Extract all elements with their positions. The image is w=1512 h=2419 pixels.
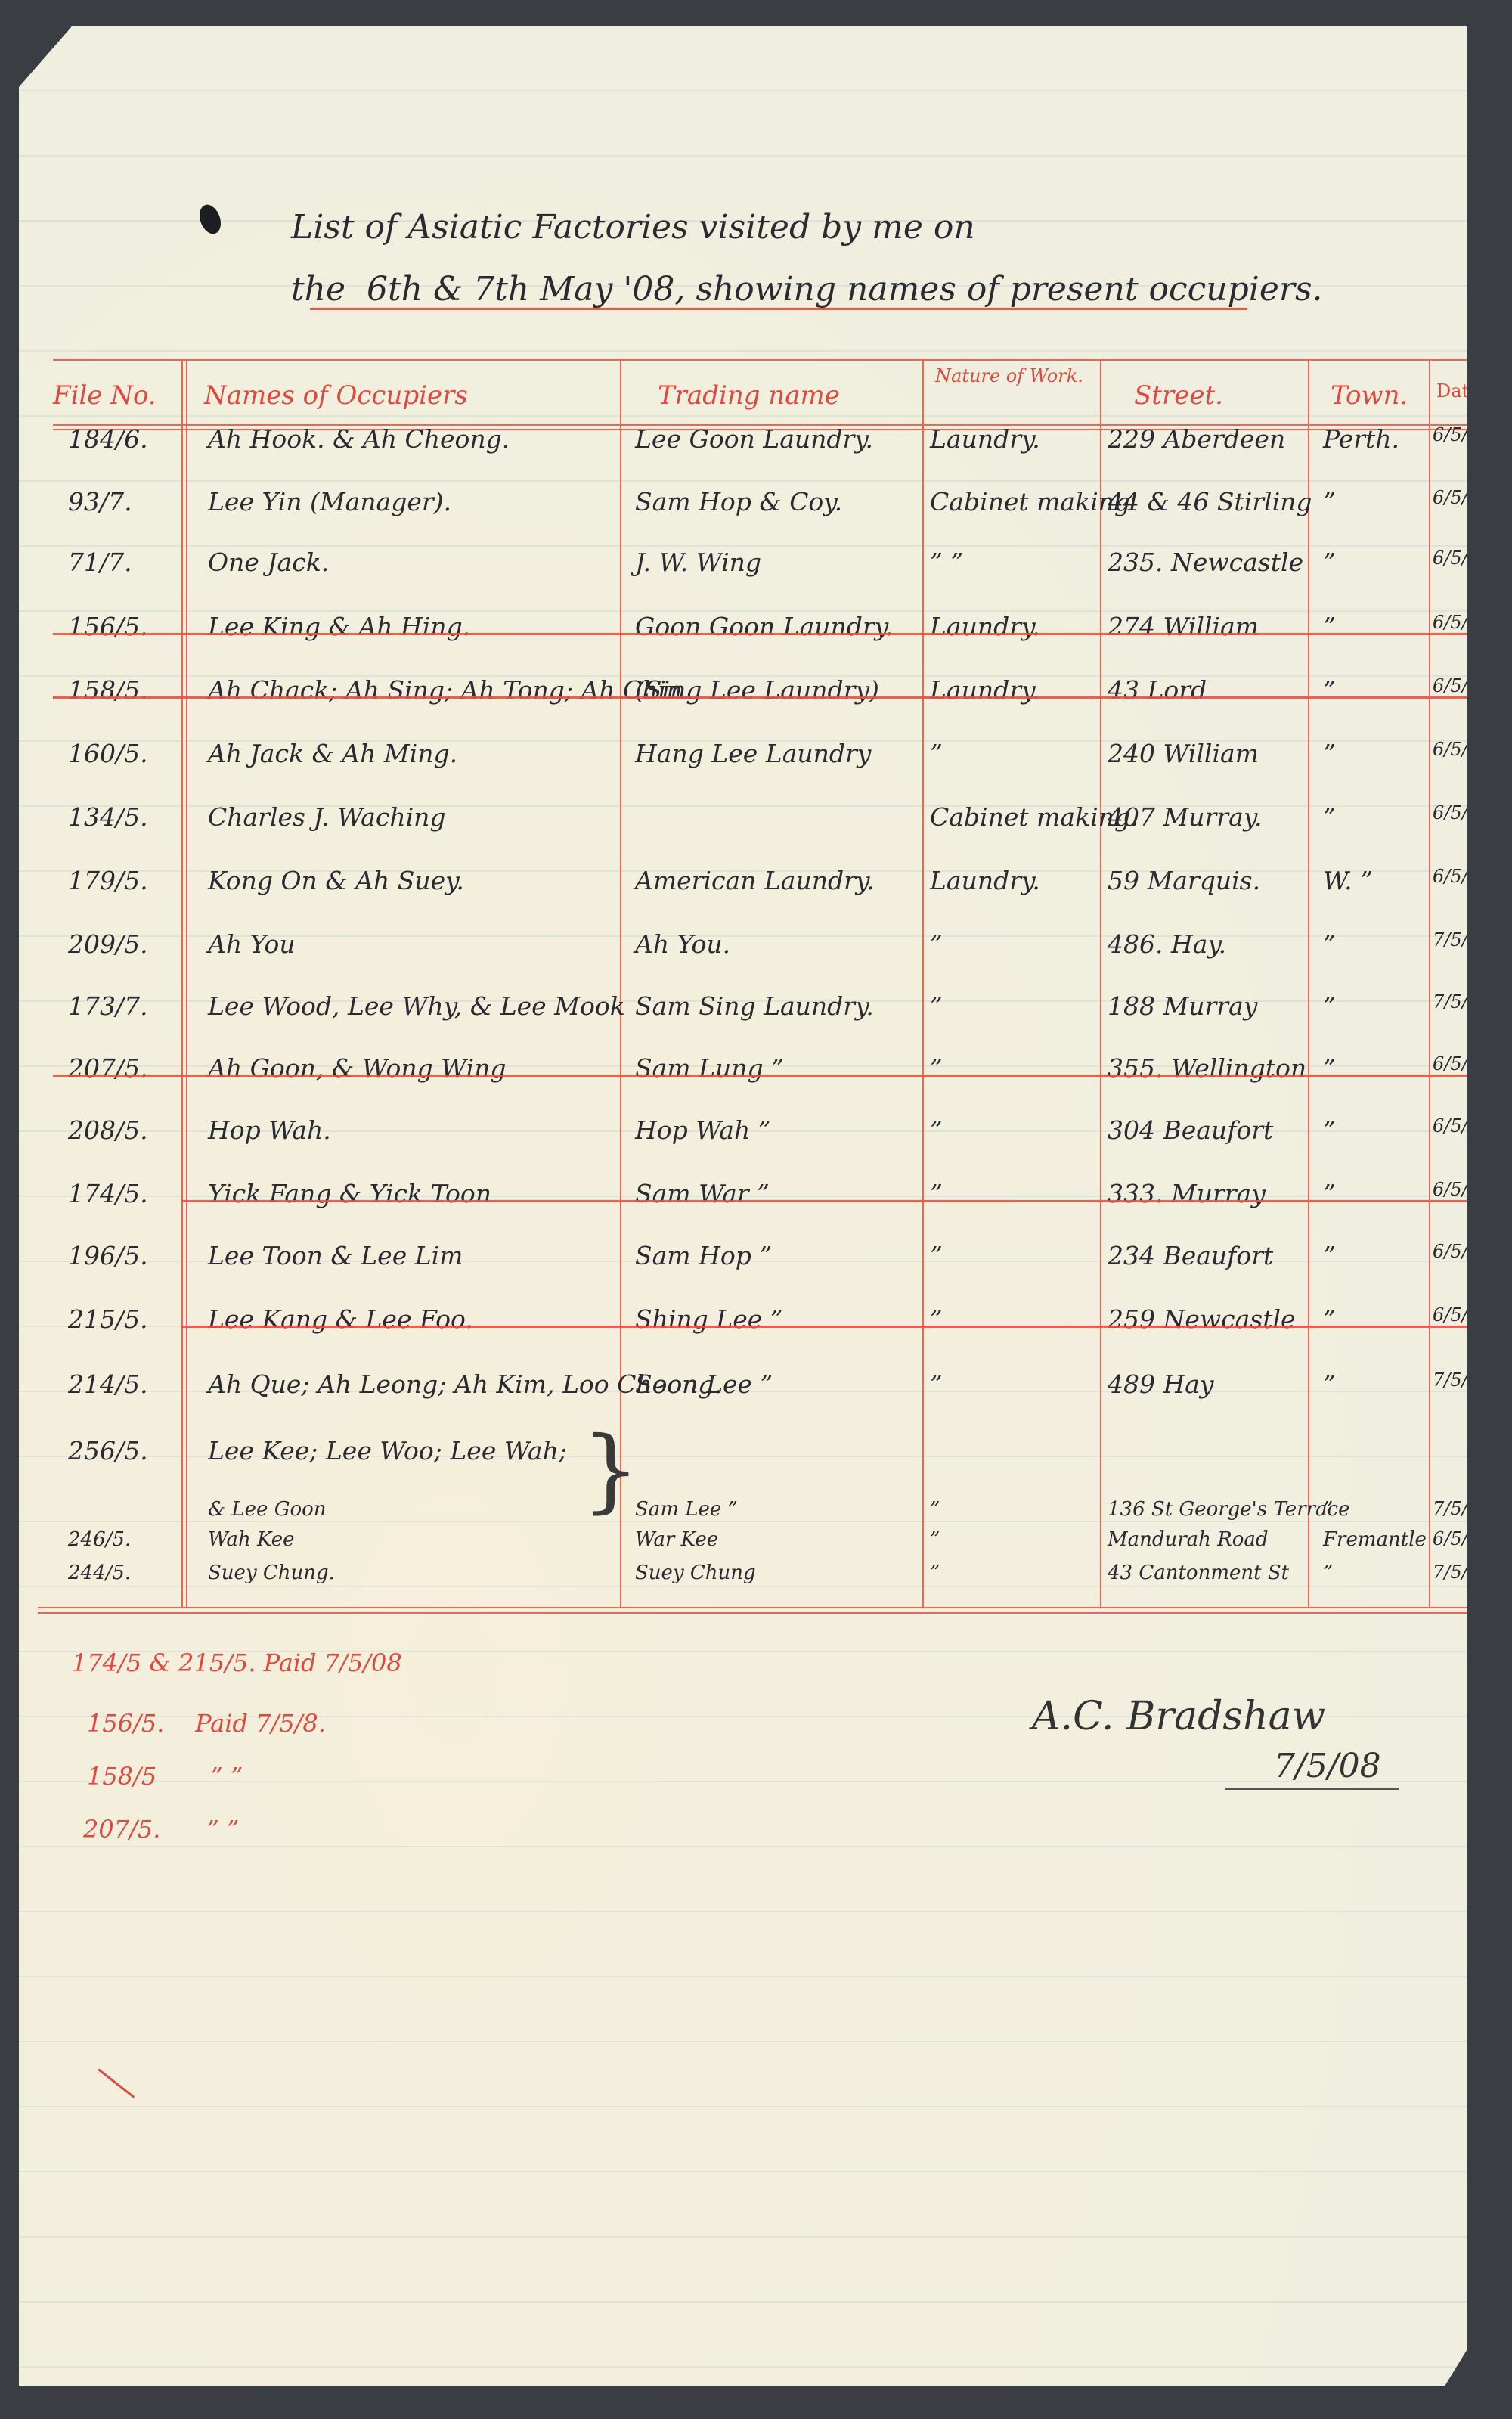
cell-trading-name: Sam Lung ” <box>635 1053 784 1083</box>
header-occupiers: Names of Occupiers <box>204 380 468 411</box>
cell-file-no: 196/5. <box>68 1241 148 1270</box>
cell-town: ” <box>1323 929 1336 959</box>
cell-town: ” <box>1323 612 1336 641</box>
cell-date: 6/5/8 <box>1433 675 1479 696</box>
cell-date: 6/5/8 <box>1433 1528 1479 1549</box>
cell-town: ” <box>1323 1561 1333 1584</box>
cell-town: ” <box>1323 991 1336 1021</box>
cell-file-no: 174/5. <box>68 1179 148 1208</box>
cell-nature: ” <box>930 1304 943 1334</box>
cell-town: ” <box>1323 802 1336 832</box>
cell-occupiers: Lee Yin (Manager). <box>208 487 451 516</box>
cell-nature: Laundry. <box>930 612 1040 641</box>
red-pencil-mark <box>98 2068 135 2098</box>
title-underline <box>310 308 1247 310</box>
cell-town: ” <box>1323 1053 1336 1083</box>
table-row: 71/7.One Jack.J. W. Wing” ”235. Newcastl… <box>53 543 1486 603</box>
cell-street: 274 William <box>1108 612 1259 641</box>
cell-occupiers: Lee Toon & Lee Lim <box>208 1241 463 1270</box>
cell-date: 6/5/8 <box>1433 1179 1479 1200</box>
cell-file-no: 208/5. <box>68 1115 148 1145</box>
cell-trading-name: Sam Sing Laundry. <box>635 991 874 1021</box>
table-row: 244/5.Suey Chung.Suey Chung”43 Cantonmen… <box>53 1557 1486 1617</box>
cell-occupiers: Lee Kee; Lee Woo; Lee Wah; <box>208 1436 567 1465</box>
cell-file-no: 214/5. <box>68 1369 148 1399</box>
cell-town: ” <box>1323 1369 1336 1399</box>
signature-date: 7/5/08 <box>1274 1747 1381 1785</box>
strikethrough-line <box>53 633 1486 635</box>
cell-occupiers: & Lee Goon <box>208 1498 327 1521</box>
cell-date: 6/5/8 <box>1433 802 1479 823</box>
document-sheet: List of Asiatic Factories visited by me … <box>19 26 1467 2386</box>
cell-town: Perth. <box>1323 424 1399 454</box>
cell-occupiers: Ah Hook. & Ah Cheong. <box>208 424 510 454</box>
cell-trading-name: Goon Goon Laundry. <box>635 612 893 641</box>
cell-file-no: 158/5. <box>68 675 148 705</box>
cell-date: 6/5/8 <box>1433 1304 1479 1326</box>
table-row: 215/5.Lee Kang & Lee Foo.Shing Lee ””259… <box>53 1300 1486 1360</box>
cell-nature: Laundry. <box>930 675 1040 705</box>
cell-trading-name: Ah You. <box>635 929 730 959</box>
cell-town: ” <box>1323 1115 1336 1145</box>
cell-street: 259 Newcastle <box>1108 1304 1296 1334</box>
header-town: Town. <box>1331 380 1408 411</box>
cell-trading-name: Suey Chung <box>635 1561 756 1584</box>
cell-date: 6/5/8 <box>1433 1115 1479 1137</box>
cell-file-no: 207/5. <box>68 1053 148 1083</box>
cell-file-no: 256/5. <box>68 1436 148 1465</box>
header-trading-name: Trading name <box>658 380 840 411</box>
cell-nature: ” <box>930 1498 940 1521</box>
cell-date: 7/5/8 <box>1433 991 1479 1013</box>
cell-trading-name: Sam Hop & Coy. <box>635 487 842 516</box>
strikethrough-line <box>53 1075 1486 1077</box>
table-row: 93/7.Lee Yin (Manager).Sam Hop & Coy.Cab… <box>53 482 1486 543</box>
cell-occupiers: Lee Kang & Lee Foo. <box>208 1304 473 1334</box>
cell-town: Fremantle <box>1323 1528 1427 1551</box>
cell-trading-name: Sam War ” <box>635 1179 770 1208</box>
cell-file-no: 246/5. <box>68 1528 131 1551</box>
cell-town: ” <box>1323 1241 1336 1270</box>
cell-nature: ” ” <box>930 547 963 577</box>
cell-nature: Laundry. <box>930 866 1040 895</box>
cell-date: 6/5/8 <box>1433 866 1479 887</box>
cell-occupiers: Lee Wood, Lee Why, & Lee Mook <box>208 991 625 1021</box>
cell-nature: ” <box>930 739 943 768</box>
cell-occupiers: Ah Chack; Ah Sing; Ah Tong; Ah Chin. <box>208 675 690 705</box>
cell-file-no: 71/7. <box>68 547 132 577</box>
header-date: Date <box>1436 380 1479 402</box>
cell-date: 7/5/8 <box>1433 1498 1479 1519</box>
cell-file-no: 184/6. <box>68 424 148 454</box>
cell-trading-name: Soon Lee ” <box>635 1369 773 1399</box>
cell-street: 59 Marquis. <box>1108 866 1260 895</box>
cell-date: 6/5/8 <box>1433 487 1479 508</box>
cell-town: ” <box>1323 1304 1336 1334</box>
cell-file-no: 215/5. <box>68 1304 148 1334</box>
cell-trading-name: Hang Lee Laundry <box>635 739 871 768</box>
cell-trading-name: Sam Hop ” <box>635 1241 772 1270</box>
header-street: Street. <box>1134 380 1223 411</box>
cell-date: 6/5/8 <box>1433 547 1479 569</box>
cell-town: ” <box>1323 675 1336 705</box>
table-top-rule <box>53 359 1486 361</box>
cell-file-no: 179/5. <box>68 866 148 895</box>
cell-trading-name: War Kee <box>635 1528 718 1551</box>
table-row: 184/6.Ah Hook. & Ah Cheong.Lee Goon Laun… <box>53 420 1486 480</box>
header-file-no: File No. <box>53 380 156 411</box>
cell-occupiers: Yick Fang & Yick Toon <box>208 1179 491 1208</box>
cell-occupiers: Charles J. Waching <box>208 802 446 832</box>
cell-town: ” <box>1323 1179 1336 1208</box>
cell-trading-name: Hop Wah ” <box>635 1115 771 1145</box>
cell-street: 240 William <box>1108 739 1259 768</box>
table-row: 208/5.Hop Wah.Hop Wah ””304 Beaufort”6/5… <box>53 1111 1486 1171</box>
header-nature: Nature of Work. <box>934 365 1085 386</box>
cell-street: 355. Wellington <box>1108 1053 1306 1083</box>
title-line-1: List of Asiatic Factories visited by me … <box>291 208 975 247</box>
cell-street: Mandurah Road <box>1108 1528 1269 1551</box>
cell-nature: ” <box>930 1369 943 1399</box>
cell-nature: ” <box>930 1241 943 1270</box>
cell-trading-name: Lee Goon Laundry. <box>635 424 873 454</box>
strikethrough-line <box>53 696 1486 699</box>
table-row: 158/5.Ah Chack; Ah Sing; Ah Tong; Ah Chi… <box>53 671 1486 731</box>
strikethrough-line <box>181 1200 1486 1202</box>
note-line: 156/5. Paid 7/5/8. <box>87 1709 326 1738</box>
strikethrough-line <box>181 1326 1486 1328</box>
table-row: 207/5.Ah Goon, & Wong WingSam Lung ””355… <box>53 1049 1486 1109</box>
cell-nature: ” <box>930 1115 943 1145</box>
cell-nature: ” <box>930 1528 940 1551</box>
cell-street: 43 Cantonment St <box>1108 1561 1289 1584</box>
cell-street: 44 & 46 Stirling <box>1108 487 1312 516</box>
cell-trading-name: J. W. Wing <box>635 547 761 577</box>
signature-underline <box>1225 1788 1399 1790</box>
cell-street: 235. Newcastle <box>1108 547 1303 577</box>
cell-date: 6/5/8 <box>1433 1241 1479 1262</box>
cell-nature: Laundry. <box>930 424 1040 454</box>
cell-town: ” <box>1323 1498 1333 1521</box>
cell-trading-name: (Sing Lee Laundry) <box>635 675 879 705</box>
title-line-2: the 6th & 7th May '08, showing names of … <box>291 270 1323 309</box>
signature: A.C. Bradshaw <box>1032 1694 1325 1739</box>
table-row: 156/5.Lee King & Ah Hing.Goon Goon Laund… <box>53 607 1486 668</box>
cell-occupiers: Suey Chung. <box>208 1561 335 1584</box>
cell-file-no: 93/7. <box>68 487 132 516</box>
cell-file-no: 173/7. <box>68 991 148 1021</box>
cell-occupiers: Ah You <box>208 929 296 959</box>
cell-occupiers: Ah Goon, & Wong Wing <box>208 1053 506 1083</box>
table-row: 173/7.Lee Wood, Lee Why, & Lee MookSam S… <box>53 987 1486 1047</box>
cell-nature: ” <box>930 1561 940 1584</box>
ledger-table: File No. Names of Occupiers Trading name… <box>53 359 1486 1614</box>
cell-nature: ” <box>930 929 943 959</box>
table-row: 256/5.Lee Kee; Lee Woo; Lee Wah; <box>53 1431 1486 1492</box>
cell-street: 489 Hay <box>1108 1369 1214 1399</box>
table-row: 179/5.Kong On & Ah Suey.American Laundry… <box>53 861 1486 922</box>
table-row: 160/5.Ah Jack & Ah Ming.Hang Lee Laundry… <box>53 734 1486 795</box>
cell-file-no: 134/5. <box>68 802 148 832</box>
cell-file-no: 244/5. <box>68 1561 131 1584</box>
cell-street: 333. Murray <box>1108 1179 1266 1208</box>
cell-street: 486. Hay. <box>1108 929 1226 959</box>
document-title: List of Asiatic Factories visited by me … <box>291 197 1323 321</box>
cell-occupiers: Kong On & Ah Suey. <box>208 866 464 895</box>
cell-date: 6/5/8 <box>1433 612 1479 633</box>
cell-date: 6/5/8 <box>1433 424 1479 445</box>
cell-street: 188 Murray <box>1108 991 1257 1021</box>
punch-hole <box>196 202 225 237</box>
cell-file-no: 160/5. <box>68 739 148 768</box>
cell-town: ” <box>1323 487 1336 516</box>
cell-trading-name: American Laundry. <box>635 866 875 895</box>
cell-street: 43 Lord <box>1108 675 1207 705</box>
table-row: 174/5.Yick Fang & Yick ToonSam War ””333… <box>53 1174 1486 1235</box>
cell-occupiers: One Jack. <box>208 547 329 577</box>
cell-trading-name: Sam Lee ” <box>635 1498 738 1521</box>
cell-file-no: 209/5. <box>68 929 148 959</box>
note-line: 207/5. ” ” <box>83 1815 239 1844</box>
cell-town: ” <box>1323 739 1336 768</box>
cell-street: 229 Aberdeen <box>1108 424 1285 454</box>
brace-mark: } <box>582 1418 640 1523</box>
cell-street: 234 Beaufort <box>1108 1241 1273 1270</box>
cell-occupiers: Lee King & Ah Hing. <box>208 612 470 641</box>
cell-nature: Cabinet making <box>930 487 1130 516</box>
cell-date: 7/5/8 <box>1433 1369 1479 1391</box>
cell-nature: ” <box>930 1053 943 1083</box>
cell-occupiers: Hop Wah. <box>208 1115 331 1145</box>
cell-town: ” <box>1323 547 1336 577</box>
note-line: 174/5 & 215/5. Paid 7/5/08 <box>72 1648 402 1677</box>
cell-date: 6/5/8 <box>1433 739 1479 760</box>
cell-date: 7/5/8 <box>1433 929 1479 951</box>
note-line: 158/5 ” ” <box>87 1762 243 1791</box>
cell-date: 7/5/8 <box>1433 1561 1479 1583</box>
cell-date: 6/5/8 <box>1433 1053 1479 1075</box>
cell-street: 407 Murray. <box>1108 802 1263 832</box>
cell-street: 304 Beaufort <box>1108 1115 1273 1145</box>
cell-occupiers: Ah Jack & Ah Ming. <box>208 739 457 768</box>
table-row: 196/5.Lee Toon & Lee LimSam Hop ””234 Be… <box>53 1236 1486 1297</box>
cell-occupiers: Wah Kee <box>208 1528 294 1551</box>
table-row: 214/5.Ah Que; Ah Leong; Ah Kim, Loo Cheo… <box>53 1365 1486 1425</box>
cell-nature: ” <box>930 1179 943 1208</box>
table-row: 209/5.Ah YouAh You.”486. Hay.”7/5/8 <box>53 925 1486 985</box>
cell-trading-name: Shing Lee ” <box>635 1304 783 1334</box>
cell-nature: ” <box>930 991 943 1021</box>
table-row: 134/5.Charles J. WachingCabinet making.4… <box>53 798 1486 858</box>
cell-town: W. ” <box>1323 866 1373 895</box>
cell-street: 136 St George's Terrace <box>1108 1498 1349 1521</box>
cell-file-no: 156/5. <box>68 612 148 641</box>
